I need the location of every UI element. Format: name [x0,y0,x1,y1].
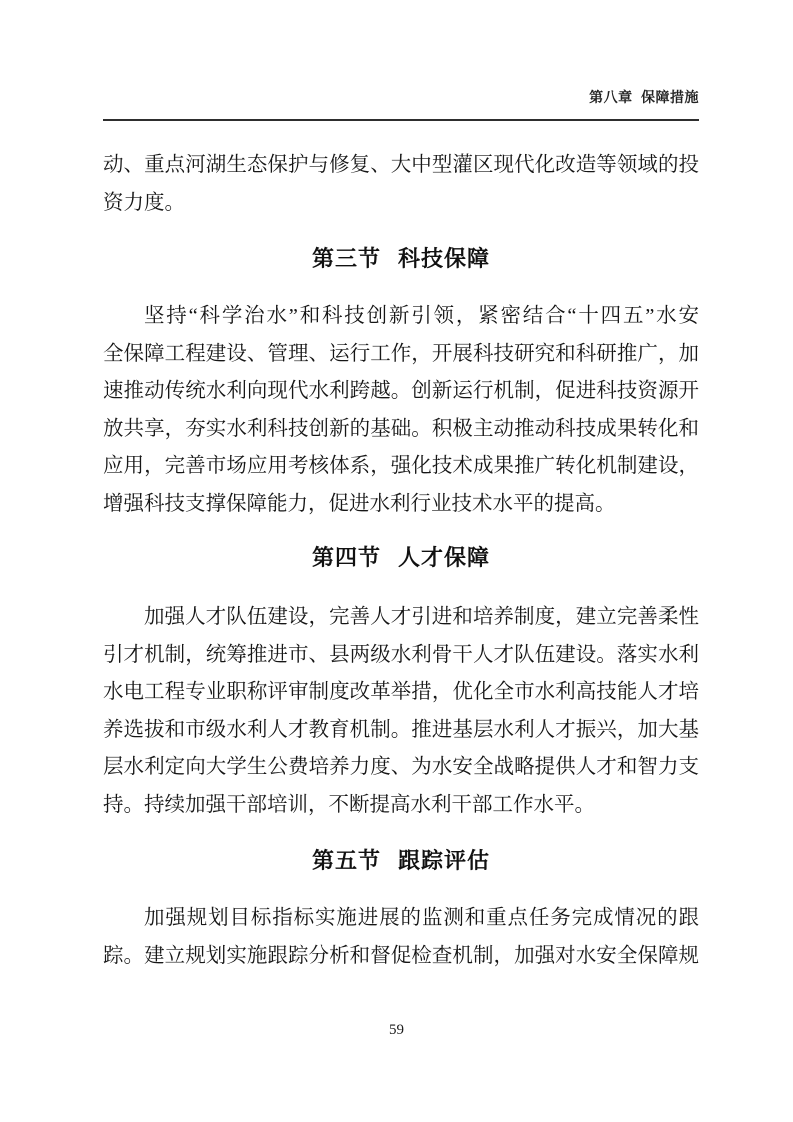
section-paragraph-tracking-evaluation: 加强规划目标指标实施进展的监测和重点任务完成情况的跟 踪。建立规划实施跟踪分析和… [103,900,699,975]
paragraph-line: 全保障工程建设、管理、运行工作，开展科技研究和科研推广，加 [103,336,699,374]
section-title-talent-support: 第四节 人才保障 [103,541,699,575]
paragraph-line: 持。持续加强干部培训，不断提高水利干部工作水平。 [103,787,699,825]
document-page: 第八章 保障措施 动、重点河湖生态保护与修复、大中型灌区现代化改造等领域的投 资… [0,0,793,1122]
section-title-tracking-evaluation: 第五节 跟踪评估 [103,844,699,878]
section-title-tech-support: 第三节 科技保障 [103,242,699,276]
paragraph-line: 放共享，夯实水利科技创新的基础。积极主动推动科技成果转化和 [103,411,699,449]
paragraph-line: 引才机制，统筹推进市、县两级水利骨干人才队伍建设。落实水利 [103,637,699,675]
running-header: 第八章 保障措施 [103,89,699,105]
section-paragraph-tech-support: 坚持“科学治水”和科技创新引领，紧密结合“十四五”水安 全保障工程建设、管理、运… [103,298,699,523]
page-footer: 59 [0,1022,793,1039]
paragraph-line: 踪。建立规划实施跟踪分析和督促检查机制，加强对水安全保障规 [103,938,699,976]
paragraph-line: 加强规划目标指标实施进展的监测和重点任务完成情况的跟 [103,900,699,938]
paragraph-line: 资力度。 [103,185,699,223]
paragraph-line: 加强人才队伍建设，完善人才引进和培养制度，建立完善柔性 [103,599,699,637]
paragraph-line: 应用，完善市场应用考核体系，强化技术成果推广转化机制建设， [103,448,699,486]
paragraph-line: 动、重点河湖生态保护与修复、大中型灌区现代化改造等领域的投 [103,147,699,185]
chapter-title: 第八章 保障措施 [589,89,699,105]
intro-paragraph: 动、重点河湖生态保护与修复、大中型灌区现代化改造等领域的投 资力度。 [103,147,699,222]
paragraph-line: 养选拔和市级水利人才教育机制。推进基层水利人才振兴，加大基 [103,712,699,750]
paragraph-line: 速推动传统水利向现代水利跨越。创新运行机制，促进科技资源开 [103,373,699,411]
paragraph-line: 坚持“科学治水”和科技创新引领，紧密结合“十四五”水安 [103,298,699,336]
paragraph-line: 增强科技支撑保障能力，促进水利行业技术水平的提高。 [103,486,699,524]
paragraph-line: 层水利定向大学生公费培养力度、为水安全战略提供人才和智力支 [103,749,699,787]
page-body: 动、重点河湖生态保护与修复、大中型灌区现代化改造等领域的投 资力度。 第三节 科… [103,121,699,975]
paragraph-line: 水电工程专业职称评审制度改革举措，优化全市水利高技能人才培 [103,674,699,712]
section-paragraph-talent-support: 加强人才队伍建设，完善人才引进和培养制度，建立完善柔性 引才机制，统筹推进市、县… [103,599,699,824]
page-number: 59 [389,1022,404,1038]
